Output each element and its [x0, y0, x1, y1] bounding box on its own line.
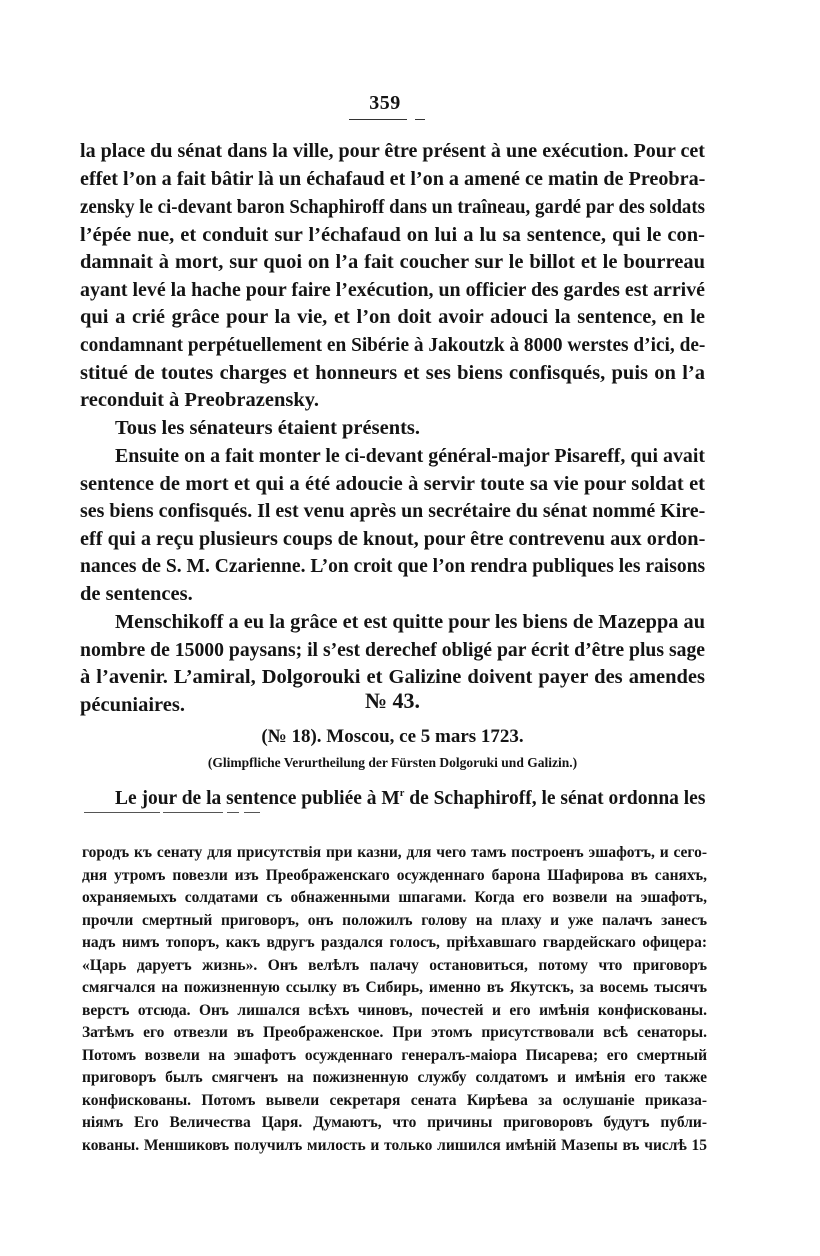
document-first-line-start: Le jour de la sentence publiée à M [115, 787, 400, 809]
footnote-line: дня утромъ повезли изъ Преображенскаго о… [82, 865, 707, 887]
footnote-line: кованы. Меншиковъ получилъ милость и тол… [82, 1135, 707, 1157]
body-line: damnait à mort, sur quoi on l’a fait cou… [80, 248, 705, 276]
footnote-line: городъ къ сенату для присутствія при каз… [82, 842, 707, 864]
body-line: nances de S. M. Czarienne. L’on croit qu… [80, 552, 705, 580]
body-paragraph-start: Ensuite on a fait monter le ci-devant gé… [115, 442, 705, 470]
body-line: condamnant perpétuellement en Sibérie à … [80, 331, 705, 359]
footnote-line: «Царь даруетъ жизнь». Онъ велѣлъ палачу … [82, 955, 707, 977]
page-number: 359 [0, 92, 770, 115]
body-line: zensky le ci-devant baron Schaphiroff da… [80, 193, 705, 221]
body-paragraph-start: Tous les sénateurs étaient présents. [115, 414, 705, 442]
body-line: stitué de toutes charges et honneurs et … [80, 359, 705, 387]
body-line: l’épée nue, et conduit sur l’échafaud on… [80, 221, 705, 249]
footnote-line: Затѣмъ его отвезли въ Преображенское. Пр… [82, 1022, 707, 1044]
body-line: sentence de mort et qui a été adoucie à … [80, 470, 705, 498]
document-date-line: (№ 18). Moscou, ce 5 mars 1723. [0, 726, 785, 748]
body-line: à l’avenir. L’amiral, Dolgorouki et Gali… [80, 663, 705, 691]
footnote-line: верстъ отсюда. Онъ лишался всѣхъ чиновъ,… [82, 1000, 707, 1022]
footnote-line: ніямъ Его Величества Царя. Думаютъ, что … [82, 1112, 707, 1134]
body-line: de sentences. [80, 580, 705, 608]
document-first-line-end: de Schaphiroff, le sénat ordonna les [404, 787, 705, 809]
footnote-line: Потомъ возвели на эшафотъ осужденнаго ге… [82, 1045, 707, 1067]
footnote-line: надъ нимъ топоръ, какъ вдругъ раздался г… [82, 932, 707, 954]
body-line: effet l’on a fait bâtir là un échafaud e… [80, 165, 705, 193]
footnote-line: охраняемыхъ солдатами съ обнаженными шпа… [82, 887, 707, 909]
body-line: qui a crié grâce pour la vie, et l’on do… [80, 303, 705, 331]
body-paragraph-start: Menschikoff a eu la grâce et est quitte … [115, 608, 705, 636]
footnote-line: смягчался на пожизненную ссылку въ Сибир… [82, 977, 707, 999]
document-subtitle: (Glimpfliche Verurtheilung der Fürsten D… [0, 755, 785, 771]
body-line: eff qui a reçu plusieurs coups de knout,… [80, 525, 705, 553]
body-line: la place du sénat dans la ville, pour êt… [80, 137, 705, 165]
footnote-line: конфискованы. Потомъ вывели секретаря се… [82, 1090, 707, 1112]
footnote-line: прочли смертный приговоръ, онъ положилъ … [82, 910, 707, 932]
body-line: ses biens confisqués. Il est venu après … [80, 497, 705, 525]
body-line: reconduit à Preobrazensky. [80, 386, 705, 414]
document-number: № 43. [0, 688, 785, 714]
document-first-line: Le jour de la sentence publiée à Mr de S… [115, 779, 705, 812]
book-page: 359 la place du sénat dans la ville, pou… [0, 0, 820, 1256]
body-line: ayant levé la hache pour faire l’exécuti… [80, 276, 705, 304]
footnote-line: приговоръ былъ смягченъ на пожизненную с… [82, 1067, 707, 1089]
body-line: nombre de 15000 paysans; il s’est derech… [80, 636, 705, 664]
